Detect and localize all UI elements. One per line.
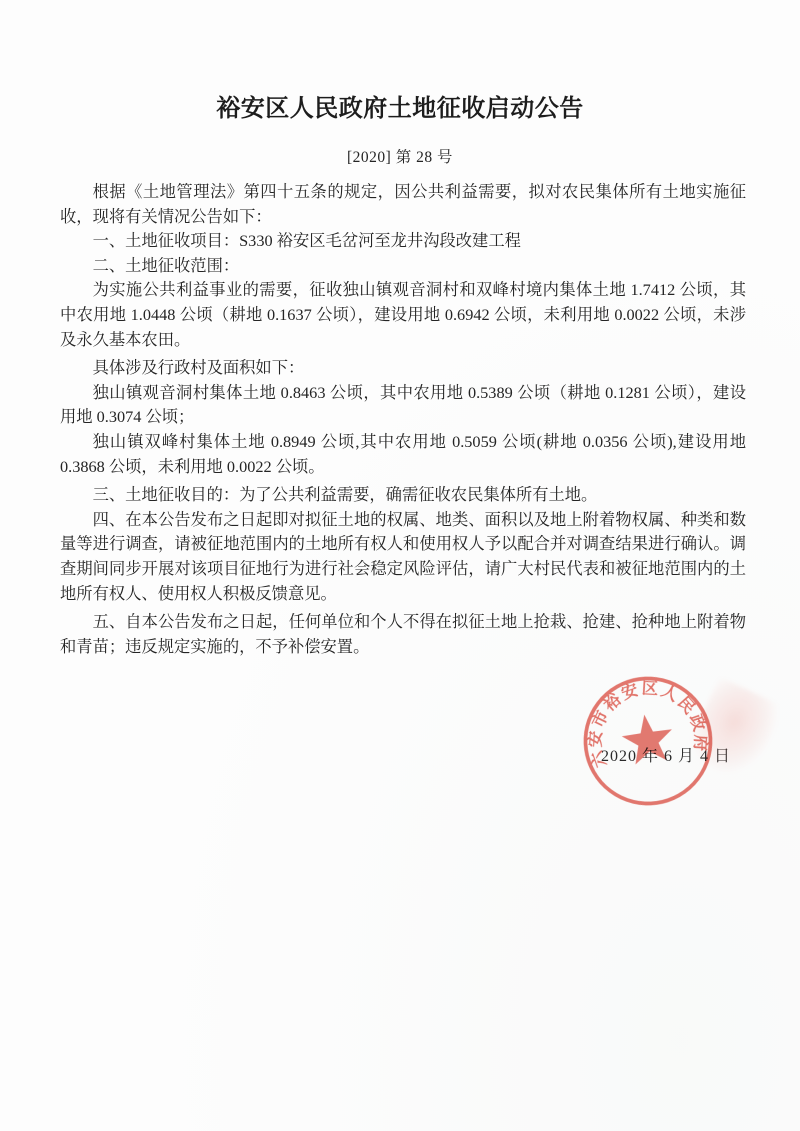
paragraph-section-2: 二、土地征收范围：: [60, 254, 746, 279]
announcement-page: 裕安区人民政府土地征收启动公告 [2020] 第 28 号 根据《土地管理法》第…: [0, 0, 800, 1131]
paragraph-village-intro: 具体涉及行政村及面积如下：: [60, 356, 746, 381]
page-title: 裕安区人民政府土地征收启动公告: [0, 88, 800, 123]
paragraph-intro: 根据《土地管理法》第四十五条的规定，因公共利益需要，拟对农民集体所有土地实施征收…: [60, 180, 746, 229]
seal-star-icon: [619, 711, 676, 766]
paragraph-village-1: 独山镇观音洞村集体土地 0.8463 公顷，其中农用地 0.5389 公顷（耕地…: [60, 381, 746, 430]
paragraph-section-1: 一、土地征收项目：S330 裕安区毛岔河至龙井沟段改建工程: [60, 229, 746, 254]
paragraph-village-2: 独山镇双峰村集体土地 0.8949 公顷,其中农用地 0.5059 公顷(耕地 …: [60, 430, 746, 479]
paragraph-scope: 为实施公共利益事业的需要，征收独山镇观音洞村和双峰村境内集体土地 1.7412 …: [60, 278, 746, 352]
document-number: [2020] 第 28 号: [0, 145, 800, 167]
official-seal: 六安市裕安区人民政府: [555, 648, 740, 833]
paragraph-section-3: 三、土地征收目的：为了公共利益需要，确需征收农民集体所有土地。: [60, 483, 746, 508]
announcement-body: 根据《土地管理法》第四十五条的规定，因公共利益需要，拟对农民集体所有土地实施征收…: [60, 180, 746, 659]
paragraph-section-5: 五、自本公告发布之日起，任何单位和个人不得在拟征土地上抢栽、抢建、抢种地上附着物…: [60, 610, 746, 659]
paragraph-section-4: 四、在本公告发布之日起即对拟征土地的权属、地类、面积以及地上附着物权属、种类和数…: [60, 508, 746, 606]
official-seal-graphic: 六安市裕安区人民政府: [555, 648, 740, 833]
